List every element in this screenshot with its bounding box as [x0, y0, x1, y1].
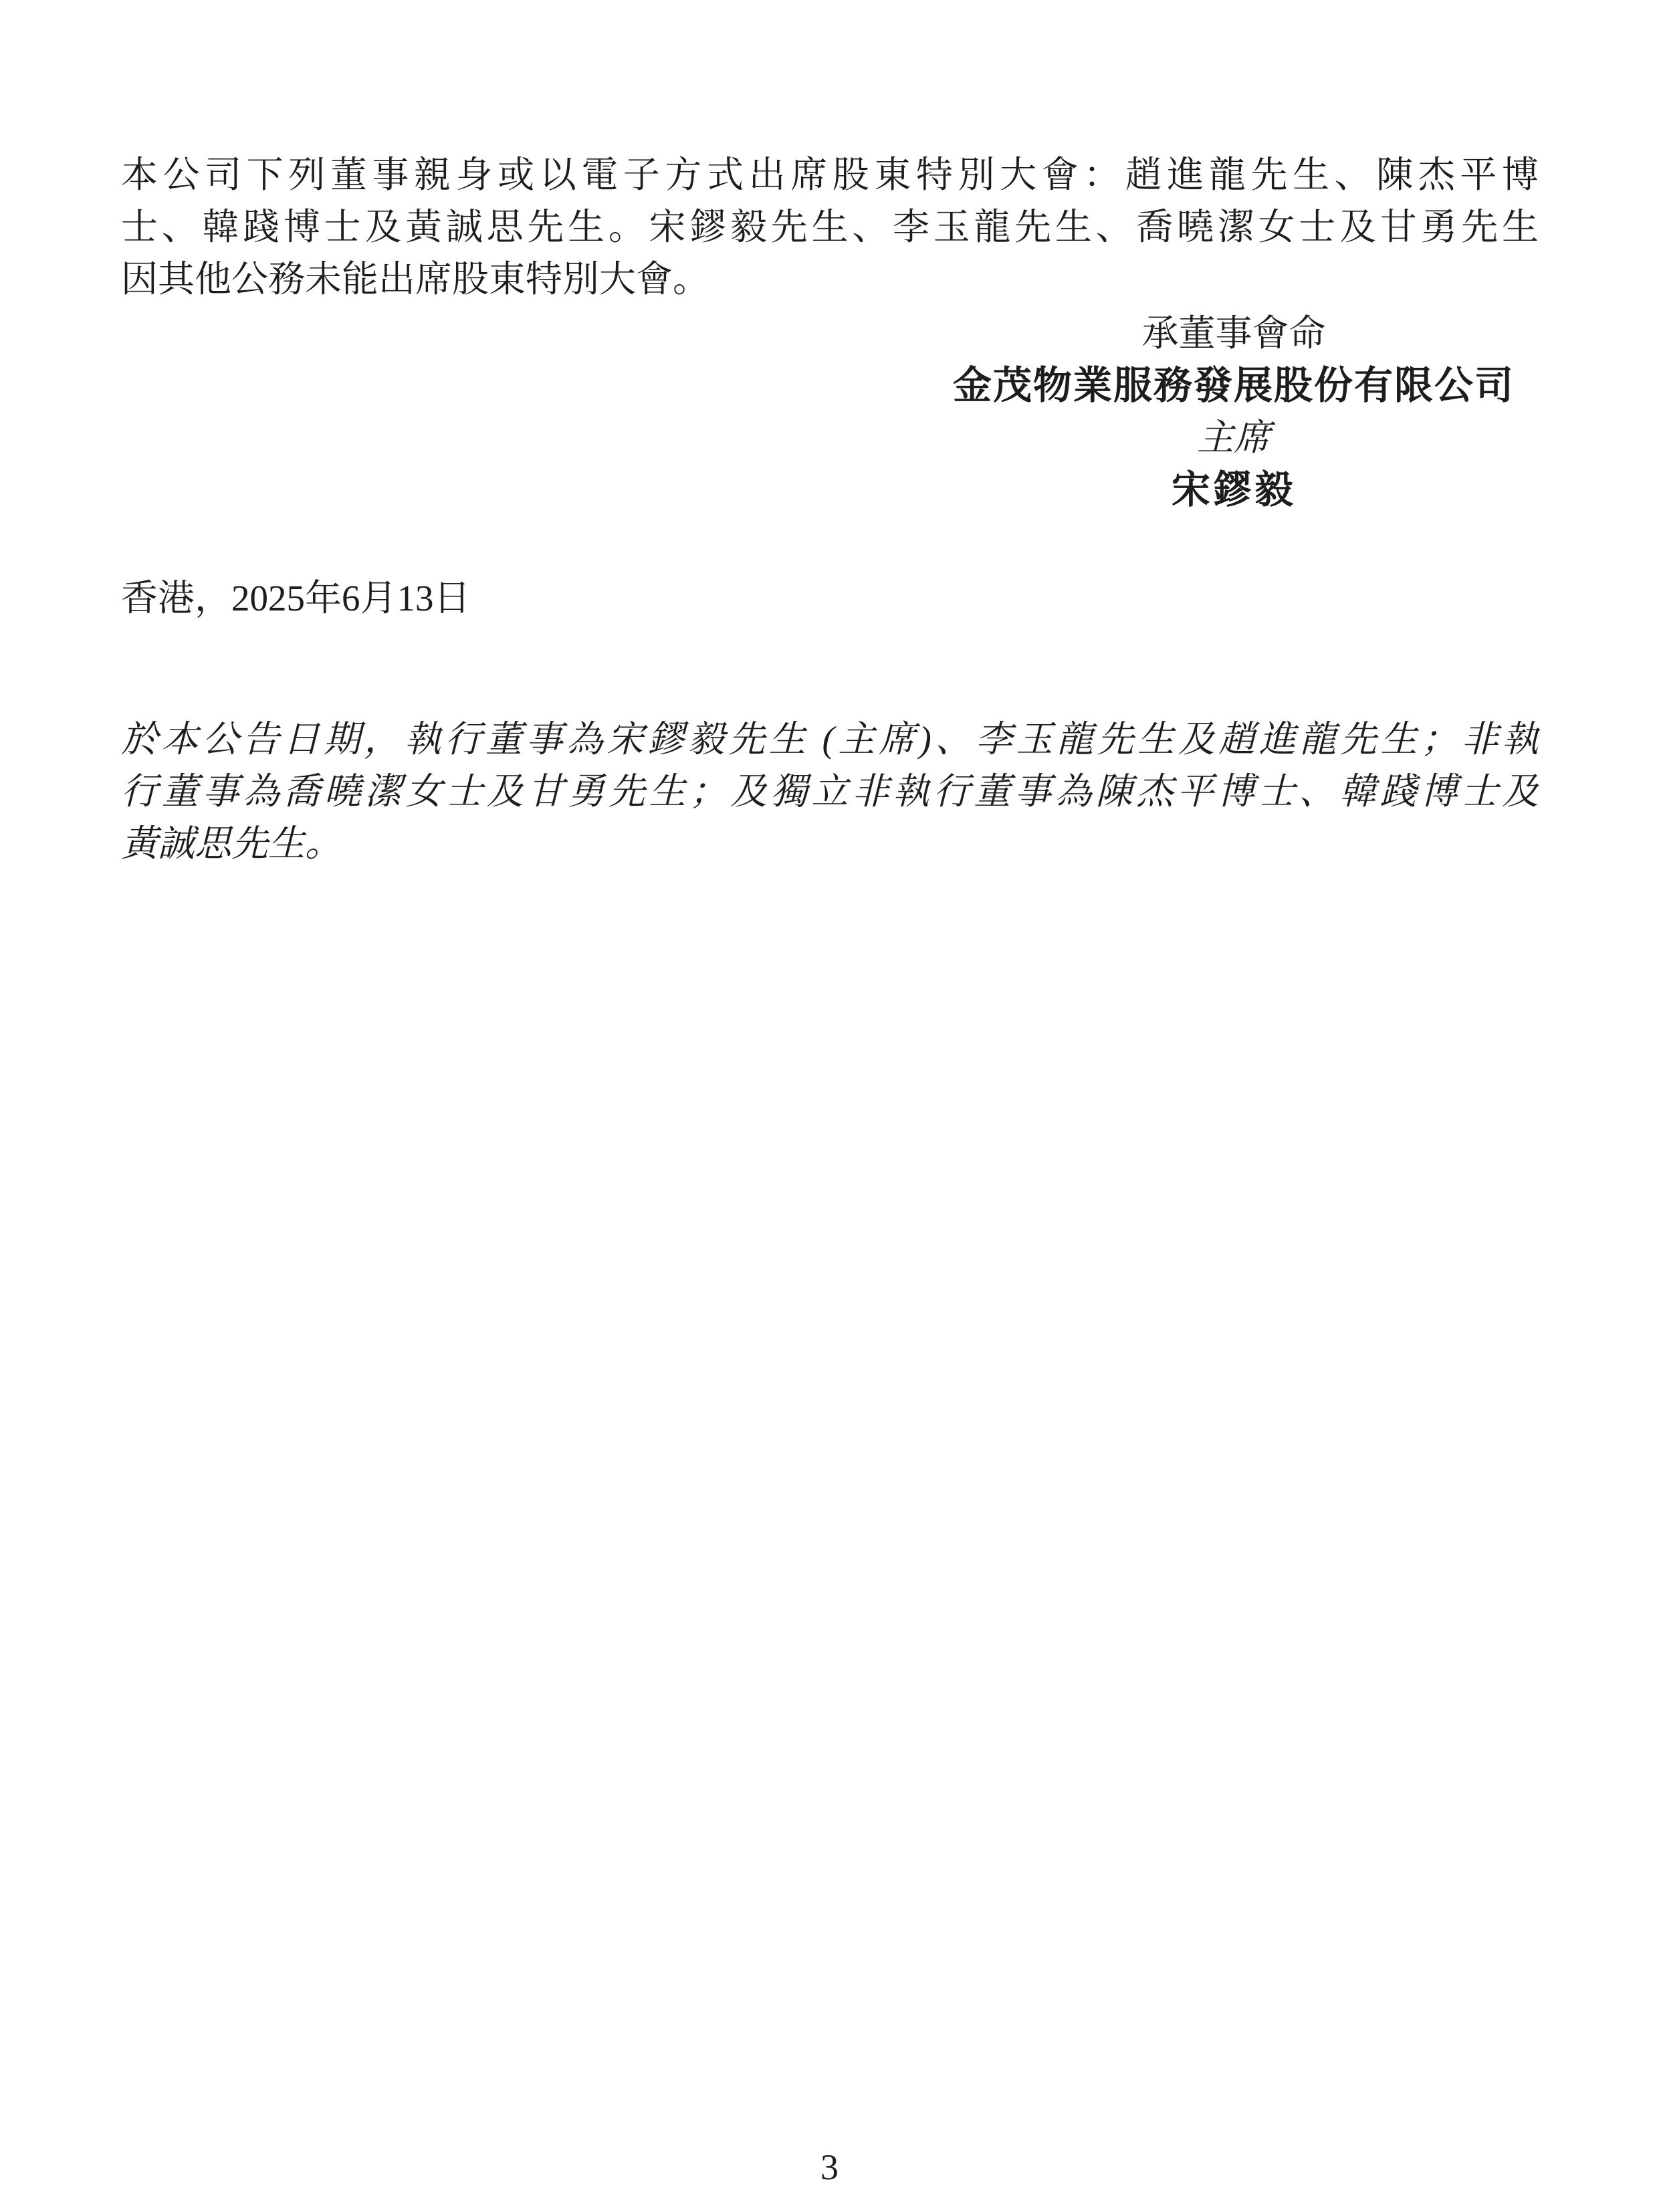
directors-note-paragraph: 於本公告日期，執行董事為宋鏐毅先生 (主席)、李玉龍先生及趙進龍先生；非執 行董… — [121, 713, 1539, 870]
directors-note-line-2: 行董事為喬曉潔女士及甘勇先生；及獨立非執行董事為陳杰平博士、韓踐博士及 — [121, 766, 1539, 818]
page-number: 3 — [0, 2148, 1659, 2187]
directors-note-line-1: 於本公告日期，執行董事為宋鏐毅先生 (主席)、李玉龍先生及趙進龍先生；非執 — [121, 713, 1539, 766]
directors-note-line-3: 黃誠思先生。 — [121, 818, 1539, 870]
company-name: 金茂物業服務發展股份有限公司 — [933, 360, 1535, 412]
signer-name: 宋鏐毅 — [933, 464, 1535, 516]
attendance-paragraph: 本公司下列董事親身或以電子方式出席股東特別大會：趙進龍先生、陳杰平博 士、韓踐博… — [121, 149, 1539, 306]
dateline: 香港，2025年6月13日 — [121, 572, 1539, 625]
attendance-paragraph-line-1: 本公司下列董事親身或以電子方式出席股東特別大會：趙進龍先生、陳杰平博 — [121, 149, 1539, 201]
attendance-paragraph-line-3: 因其他公務未能出席股東特別大會。 — [121, 253, 1539, 306]
announcement-page: 本公司下列董事親身或以電子方式出席股東特別大會：趙進龍先生、陳杰平博 士、韓踐博… — [0, 0, 1659, 2212]
signer-title: 主席 — [933, 412, 1535, 464]
attendance-paragraph-line-2: 士、韓踐博士及黃誠思先生。宋鏐毅先生、李玉龍先生、喬曉潔女士及甘勇先生 — [121, 201, 1539, 253]
by-order-of-board-line: 承董事會命 — [933, 308, 1535, 360]
signature-block: 承董事會命 金茂物業服務發展股份有限公司 主席 宋鏐毅 — [933, 308, 1535, 516]
